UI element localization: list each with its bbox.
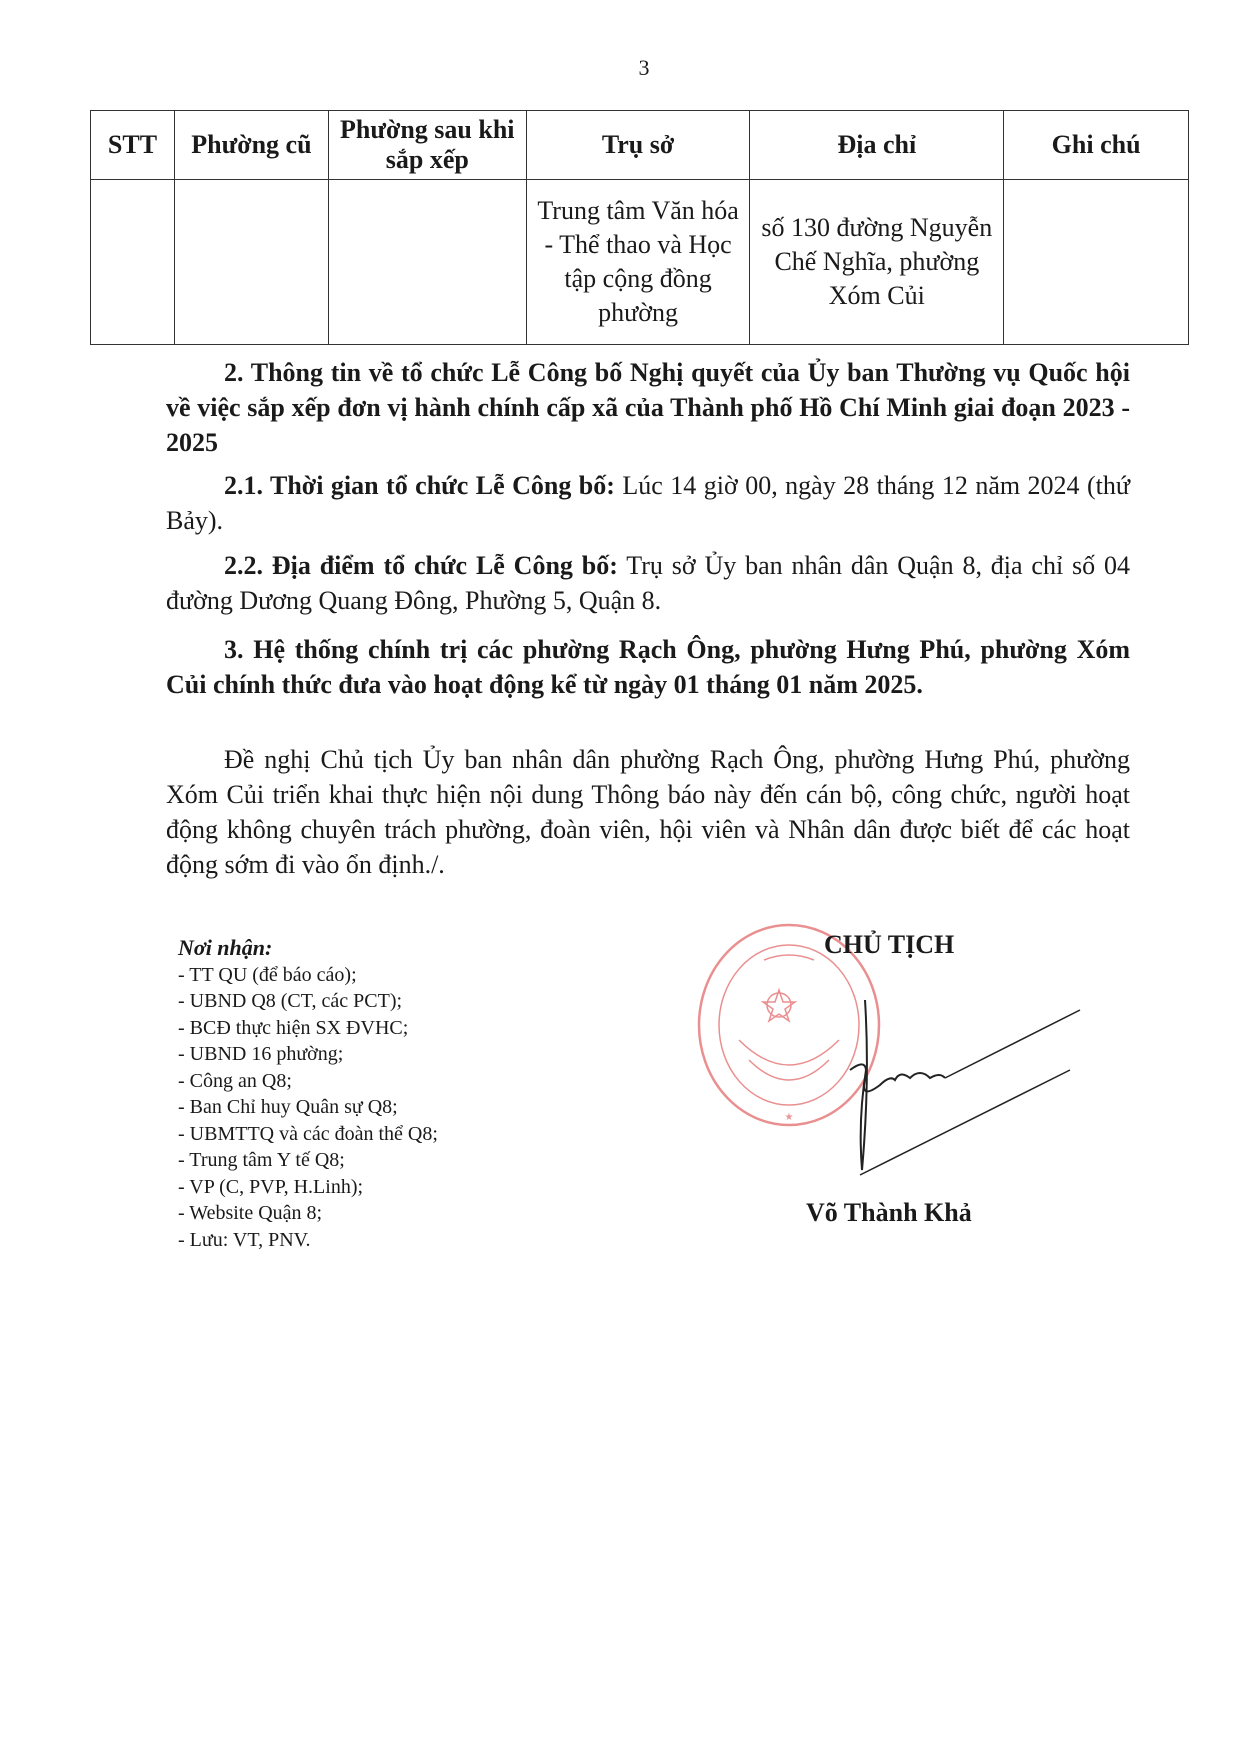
header-old-ward: Phường cũ	[174, 111, 328, 180]
recipient-item: - UBND Q8 (CT, các PCT);	[178, 988, 438, 1015]
recipients-title: Nơi nhận:	[178, 935, 438, 962]
header-note: Ghi chú	[1004, 111, 1189, 180]
cell-address: số 130 đường Nguyễn Chế Nghĩa, phường Xó…	[750, 180, 1004, 345]
recipient-item: - Ban Chỉ huy Quân sự Q8;	[178, 1094, 438, 1121]
table-row: Trung tâm Văn hóa - Thể thao và Học tập …	[91, 180, 1189, 345]
recipient-item: - TT QU (để báo cáo);	[178, 962, 438, 989]
section-2-heading: 2. Thông tin về tổ chức Lễ Công bố Nghị …	[166, 355, 1130, 460]
section-2-1-label: 2.1. Thời gian tổ chức Lễ Công bố:	[224, 471, 615, 500]
cell-new-ward	[328, 180, 526, 345]
page-number: 3	[0, 55, 1240, 81]
request-paragraph: Đề nghị Chủ tịch Ủy ban nhân dân phường …	[166, 742, 1130, 882]
header-office: Trụ sở	[526, 111, 750, 180]
header-stt: STT	[91, 111, 175, 180]
section-2-1: 2.1. Thời gian tổ chức Lễ Công bố: Lúc 1…	[166, 468, 1130, 538]
recipient-item: - UBND 16 phường;	[178, 1041, 438, 1068]
recipient-item: - Công an Q8;	[178, 1068, 438, 1095]
section-2-2: 2.2. Địa điểm tổ chức Lễ Công bố: Trụ sở…	[166, 548, 1130, 618]
recipients-block: Nơi nhận: - TT QU (để báo cáo); - UBND Q…	[178, 935, 438, 1253]
office-table: STT Phường cũ Phường sau khi sắp xếp Trụ…	[90, 110, 1189, 345]
recipient-item: - Trung tâm Y tế Q8;	[178, 1147, 438, 1174]
recipient-item: - Lưu: VT, PNV.	[178, 1227, 438, 1254]
section-3: 3. Hệ thống chính trị các phường Rạch Ôn…	[166, 632, 1130, 702]
header-address: Địa chỉ	[750, 111, 1004, 180]
cell-office: Trung tâm Văn hóa - Thể thao và Học tập …	[526, 180, 750, 345]
recipient-item: - VP (C, PVP, H.Linh);	[178, 1174, 438, 1201]
cell-stt	[91, 180, 175, 345]
recipient-item: - UBMTTQ và các đoàn thể Q8;	[178, 1121, 438, 1148]
recipient-item: - BCĐ thực hiện SX ĐVHC;	[178, 1015, 438, 1042]
recipient-item: - Website Quận 8;	[178, 1200, 438, 1227]
section-2-2-label: 2.2. Địa điểm tổ chức Lễ Công bố:	[224, 551, 618, 580]
table-header-row: STT Phường cũ Phường sau khi sắp xếp Trụ…	[91, 111, 1189, 180]
cell-note	[1004, 180, 1189, 345]
signature-icon	[770, 960, 1090, 1190]
signer-title: CHỦ TỊCH	[824, 930, 954, 960]
signer-name: Võ Thành Khả	[806, 1198, 972, 1228]
cell-old-ward	[174, 180, 328, 345]
header-new-ward: Phường sau khi sắp xếp	[328, 111, 526, 180]
